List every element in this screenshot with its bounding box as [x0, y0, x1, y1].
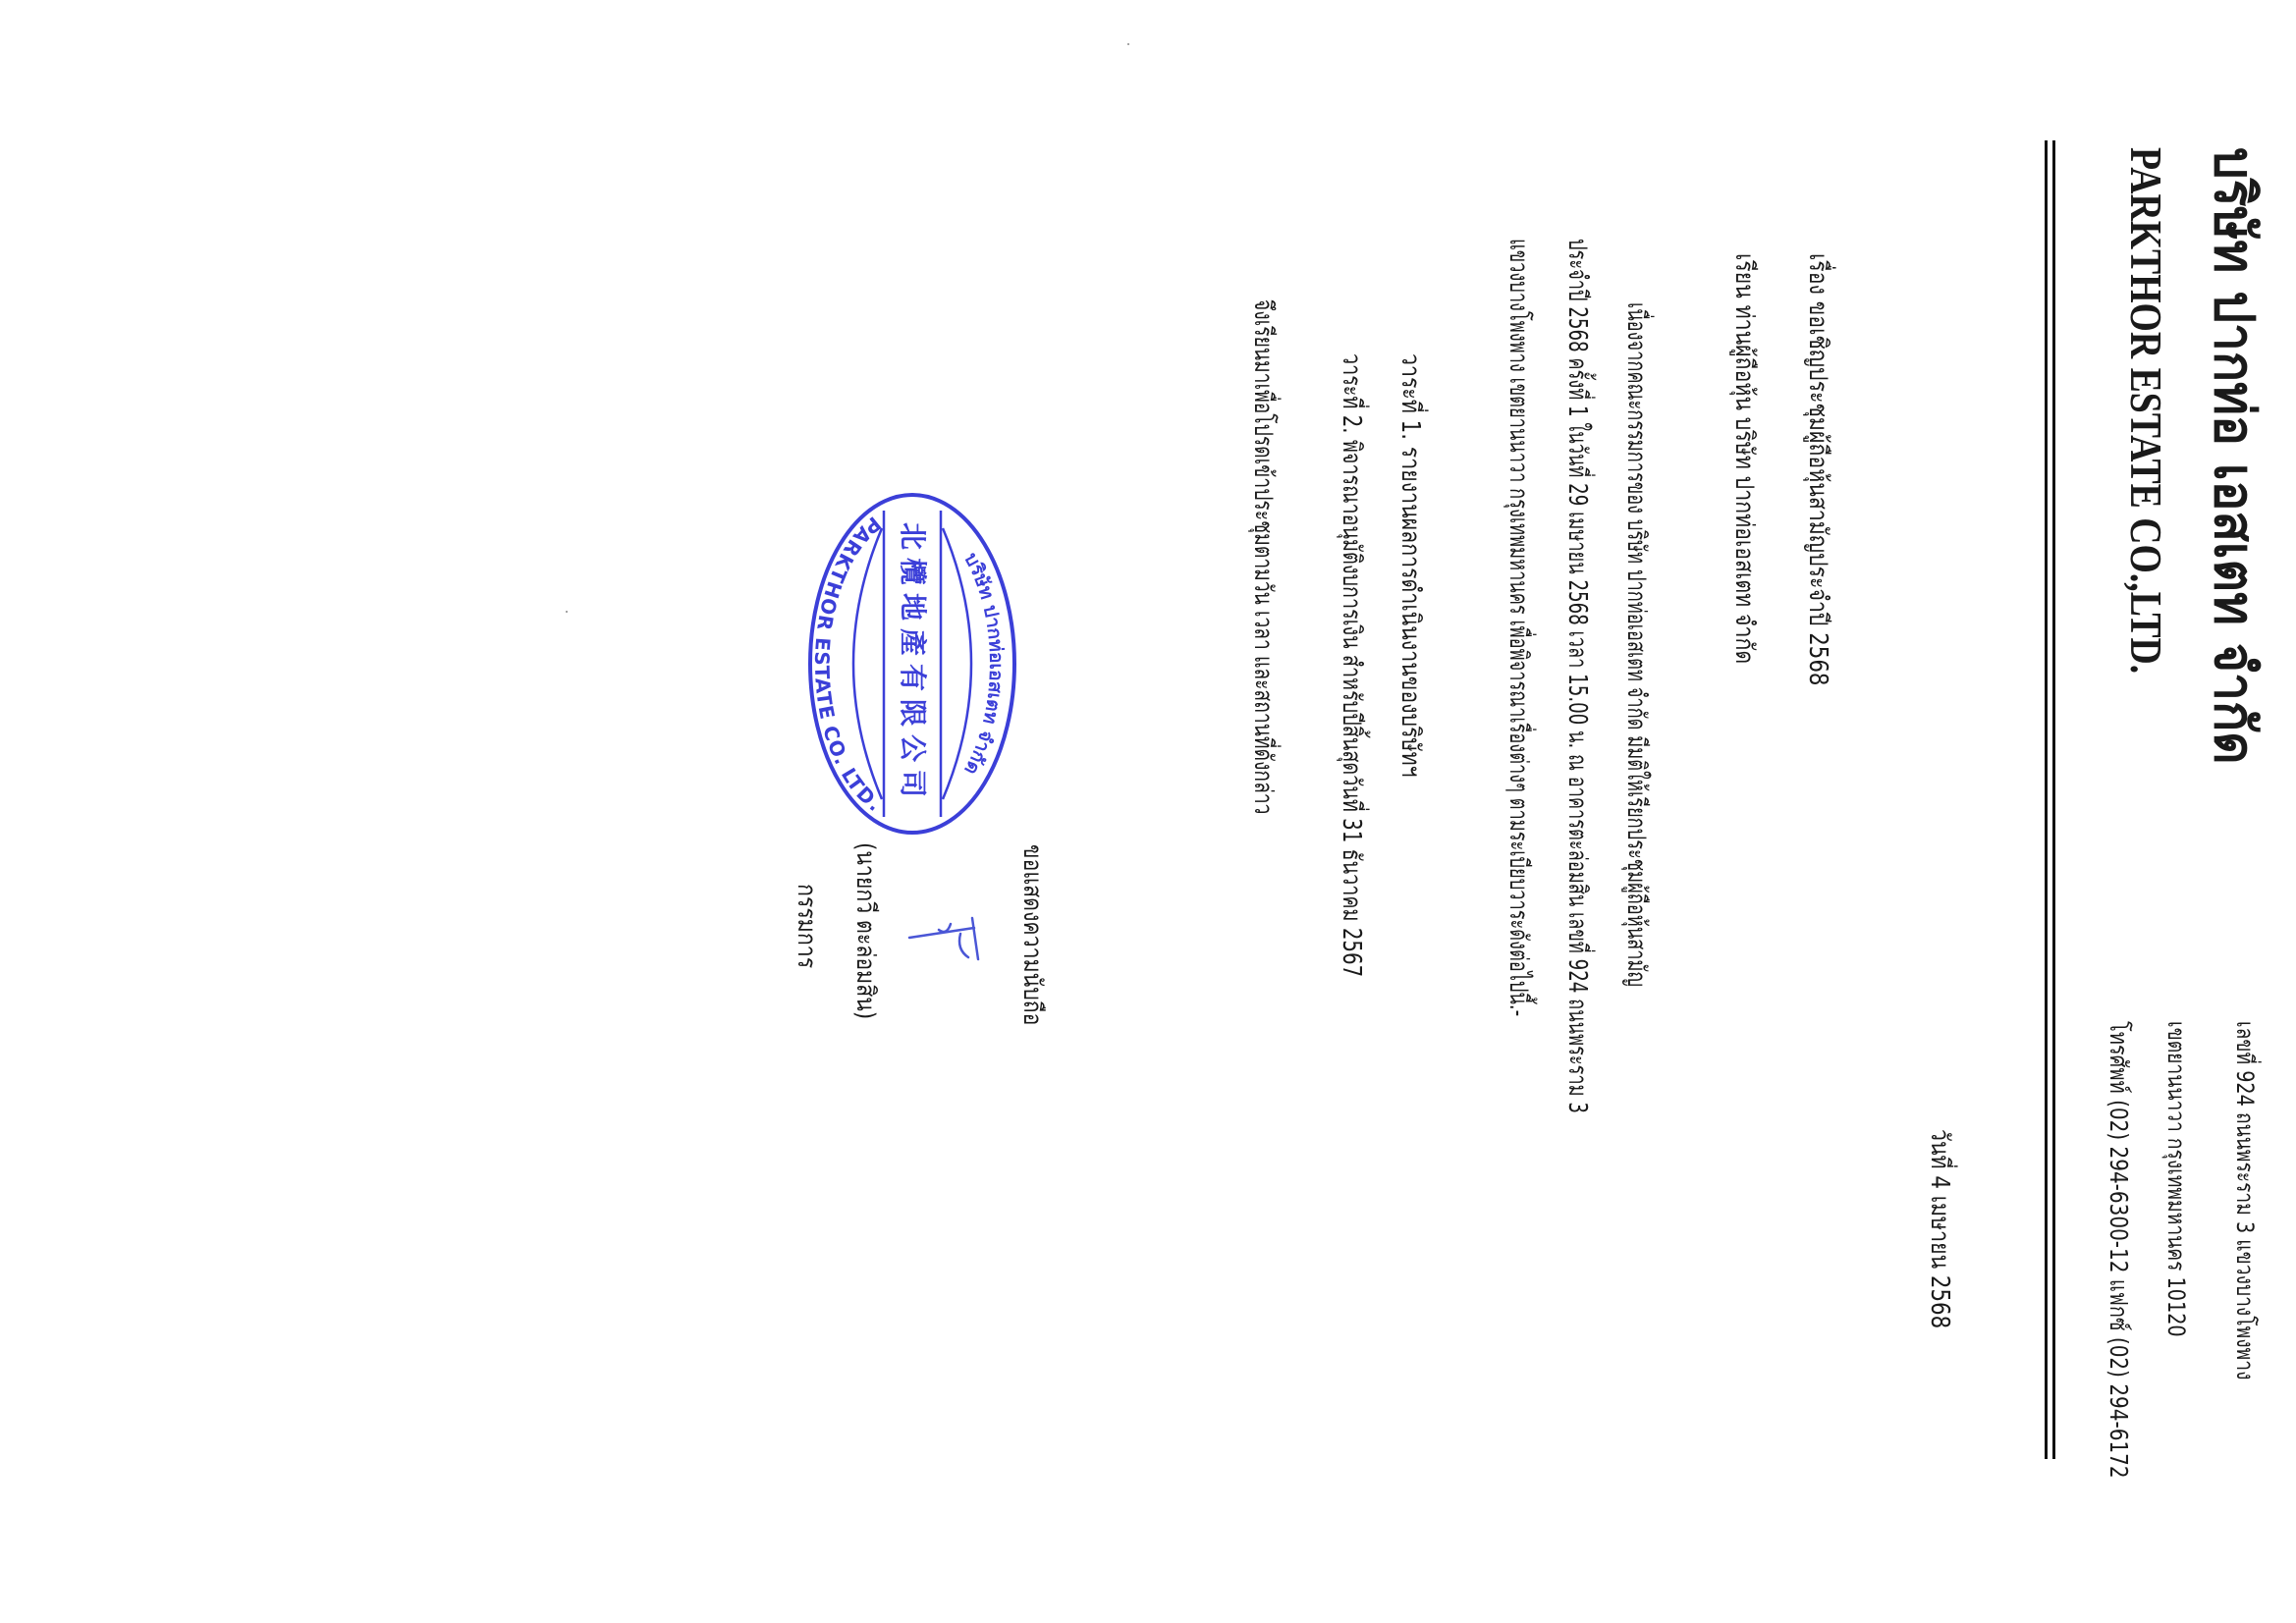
handwritten-signature: [902, 898, 990, 987]
company-name-thai: บริษัท ปากท่อ เอสเตท จำกัด: [2206, 147, 2261, 765]
company-address-line2: เขตยานนาวา กรุงเทพมหานคร 10120: [2164, 1021, 2188, 1337]
agenda-item-1: วาระที่ 1. รายงานผลการดำเนินงานของบริษัท…: [1397, 353, 1423, 778]
company-address-line1: เลขที่ 924 ถนนพระราม 3 แขวงบางโพงพาง: [2233, 1021, 2257, 1380]
letter-page: บริษัท ปากท่อ เอสเตท จำกัด PARKTHOR ESTA…: [0, 0, 2296, 1623]
paragraph-line: ประจำปี 2568 ครั้งที่ 1 ในวันที่ 29 เมษา…: [1564, 239, 1590, 1113]
letterhead-divider-top: [2052, 140, 2055, 1459]
letter-date: วันที่ 4 เมษายน 2568: [1927, 1129, 1952, 1328]
paragraph-line: เนื่องจากคณะกรรมการของ บริษัท ปากท่อเอสเ…: [1623, 302, 1649, 987]
stamp-thai-text: บริษัท ปากท่อเอสเตท จำกัด: [959, 549, 1007, 778]
stamp-english-text: PARKTHOR ESTATE CO. LTD.: [810, 512, 886, 816]
scan-speck: [1127, 43, 1129, 45]
closing-regards: ขอแสดงความนับถือ: [1019, 844, 1045, 1025]
stamp-chinese-text: 北欖地產有限公司: [897, 522, 929, 805]
letter-subject: เรื่อง ขอเชิญประชุมผู้ถือหุ้นสามัญประจำป…: [1805, 253, 1831, 686]
company-name-english: PARKTHOR ESTATE CO.,LTD.: [2123, 147, 2168, 674]
paragraph-line: แขวงบางโพงพาง เขตยานนาวา กรุงเทพมหานคร เ…: [1505, 239, 1531, 1016]
closing-sentence: จึงเรียนมาเพื่อโปรดเข้าประชุมตามวัน เวลา…: [1250, 299, 1276, 814]
letter-recipient: เรียน ท่านผู้ถือหุ้น บริษัท ปากท่อเอสเตท…: [1731, 253, 1757, 664]
scan-speck: [566, 611, 568, 613]
company-phone-fax: โทรศัพท์ (02) 294-6300-12 แฟกซ์ (02) 294…: [2106, 1021, 2131, 1479]
agenda-item-2: วาระที่ 2. พิจารณาอนุมัติงบการเงิน สำหรั…: [1339, 353, 1364, 977]
letterhead-divider-bottom: [2045, 140, 2048, 1459]
scanned-document-view: บริษัท ปากท่อ เอสเตท จำกัด PARKTHOR ESTA…: [0, 0, 2296, 1623]
company-seal-stamp: บริษัท ปากท่อเอสเตท จำกัด PARKTHOR ESTAT…: [805, 489, 1019, 839]
signer-position: กรรมการ: [793, 884, 819, 968]
signer-name: (นายกวี ตะล่อมสิน): [852, 842, 878, 1019]
